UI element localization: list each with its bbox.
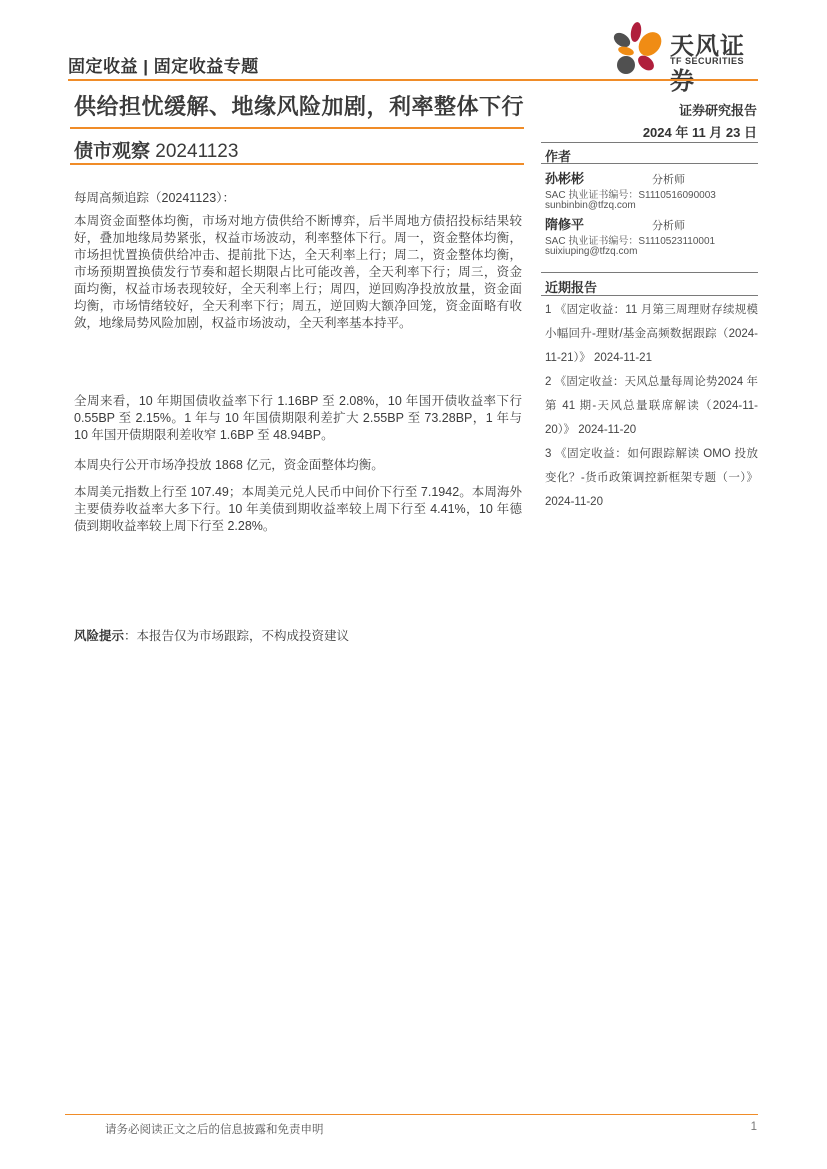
series-number: 20241123 <box>155 141 238 162</box>
risk-text: ：本报告仅为市场跟踪，不构成投资建议 <box>124 629 349 643</box>
report-title: 供给担忧缓解、地缘风险加剧，利率整体下行 <box>74 90 524 121</box>
paragraph-text: 本周资金面整体均衡，市场对地方债供给不断博弈，后半周地方债招投标结果较好，叠加地… <box>74 213 522 332</box>
report-series: 债市观察 20241123 <box>74 136 238 163</box>
header-divider <box>68 79 758 81</box>
sidebar-divider-1 <box>541 142 758 143</box>
paragraph-overseas: 本周美元指数上行至 107.49；本周美元兑人民币中间价下行至 7.1942。本… <box>74 484 522 535</box>
report-type: 证券研究报告 <box>679 100 757 119</box>
page-number: 1 <box>751 1121 757 1133</box>
recent-report-item[interactable]: 3 《固定收益：如何跟踪解读 OMO 投放变化？-货币政策调控新框架专题（一）》… <box>545 442 758 514</box>
author-name: 隋修平 <box>545 214 584 233</box>
paragraph-yields: 全周来看，10 年期国债收益率下行 1.16BP 至 2.08%，10 年国开债… <box>74 393 522 444</box>
title-divider <box>70 127 524 129</box>
author-role: 分析师 <box>652 217 685 233</box>
footer-disclaimer: 请务必阅读正文之后的信息披露和免责申明 <box>105 1121 324 1137</box>
paragraph-text: 本周美元指数上行至 107.49；本周美元兑人民币中间价下行至 7.1942。本… <box>74 484 522 535</box>
sidebar-divider-2 <box>541 163 758 164</box>
series-name: 债市观察 <box>74 141 150 162</box>
flower-logo-icon <box>612 20 668 76</box>
intro-text: 每周高频追踪（20241123）： <box>74 190 522 207</box>
author-name: 孙彬彬 <box>545 168 584 187</box>
recent-reports-list: 1 《固定收益：11 月第三周理财存续规模小幅回升-理财/基金高频数据跟踪（20… <box>545 298 758 514</box>
paragraph-text: 本周央行公开市场净投放 1868 亿元，资金面整体均衡。 <box>74 457 522 474</box>
paragraph-weekly-summary: 本周资金面整体均衡，市场对地方债供给不断博弈，后半周地方债招投标结果较好，叠加地… <box>74 213 522 332</box>
report-date: 2024 年 11 月 23 日 <box>643 122 757 141</box>
risk-warning: 风险提示：本报告仅为市场跟踪，不构成投资建议 <box>74 626 349 644</box>
report-category: 固定收益 | 固定收益专题 <box>68 52 259 77</box>
subtitle-divider <box>70 163 524 165</box>
tracking-intro: 每周高频追踪（20241123）： <box>74 190 522 207</box>
recent-report-item[interactable]: 1 《固定收益：11 月第三周理财存续规模小幅回升-理财/基金高频数据跟踪（20… <box>545 298 758 370</box>
sidebar-divider-4 <box>541 295 758 296</box>
author-email[interactable]: sunbinbin@tfzq.com <box>545 200 636 211</box>
footer-divider <box>65 1114 758 1115</box>
paragraph-liquidity: 本周央行公开市场净投放 1868 亿元，资金面整体均衡。 <box>74 457 522 474</box>
risk-label: 风险提示 <box>74 629 124 643</box>
paragraph-text: 全周来看，10 年期国债收益率下行 1.16BP 至 2.08%，10 年国开债… <box>74 393 522 444</box>
recent-report-item[interactable]: 2 《固定收益：天风总量每周论势2024 年第 41 期-天风总量联席解读（20… <box>545 370 758 442</box>
author-cert: SAC 执业证书编号：S1110523110001 <box>545 232 715 247</box>
author-cert: SAC 执业证书编号：S1110516090003 <box>545 186 716 201</box>
author-email[interactable]: suixiuping@tfzq.com <box>545 246 637 257</box>
sidebar-divider-3 <box>541 272 758 273</box>
company-logo: 天风证券 TF SECURITIES <box>612 20 762 72</box>
recent-reports-title: 近期报告 <box>545 277 597 296</box>
logo-name-en: TF SECURITIES <box>670 56 744 66</box>
author-role: 分析师 <box>652 171 685 187</box>
